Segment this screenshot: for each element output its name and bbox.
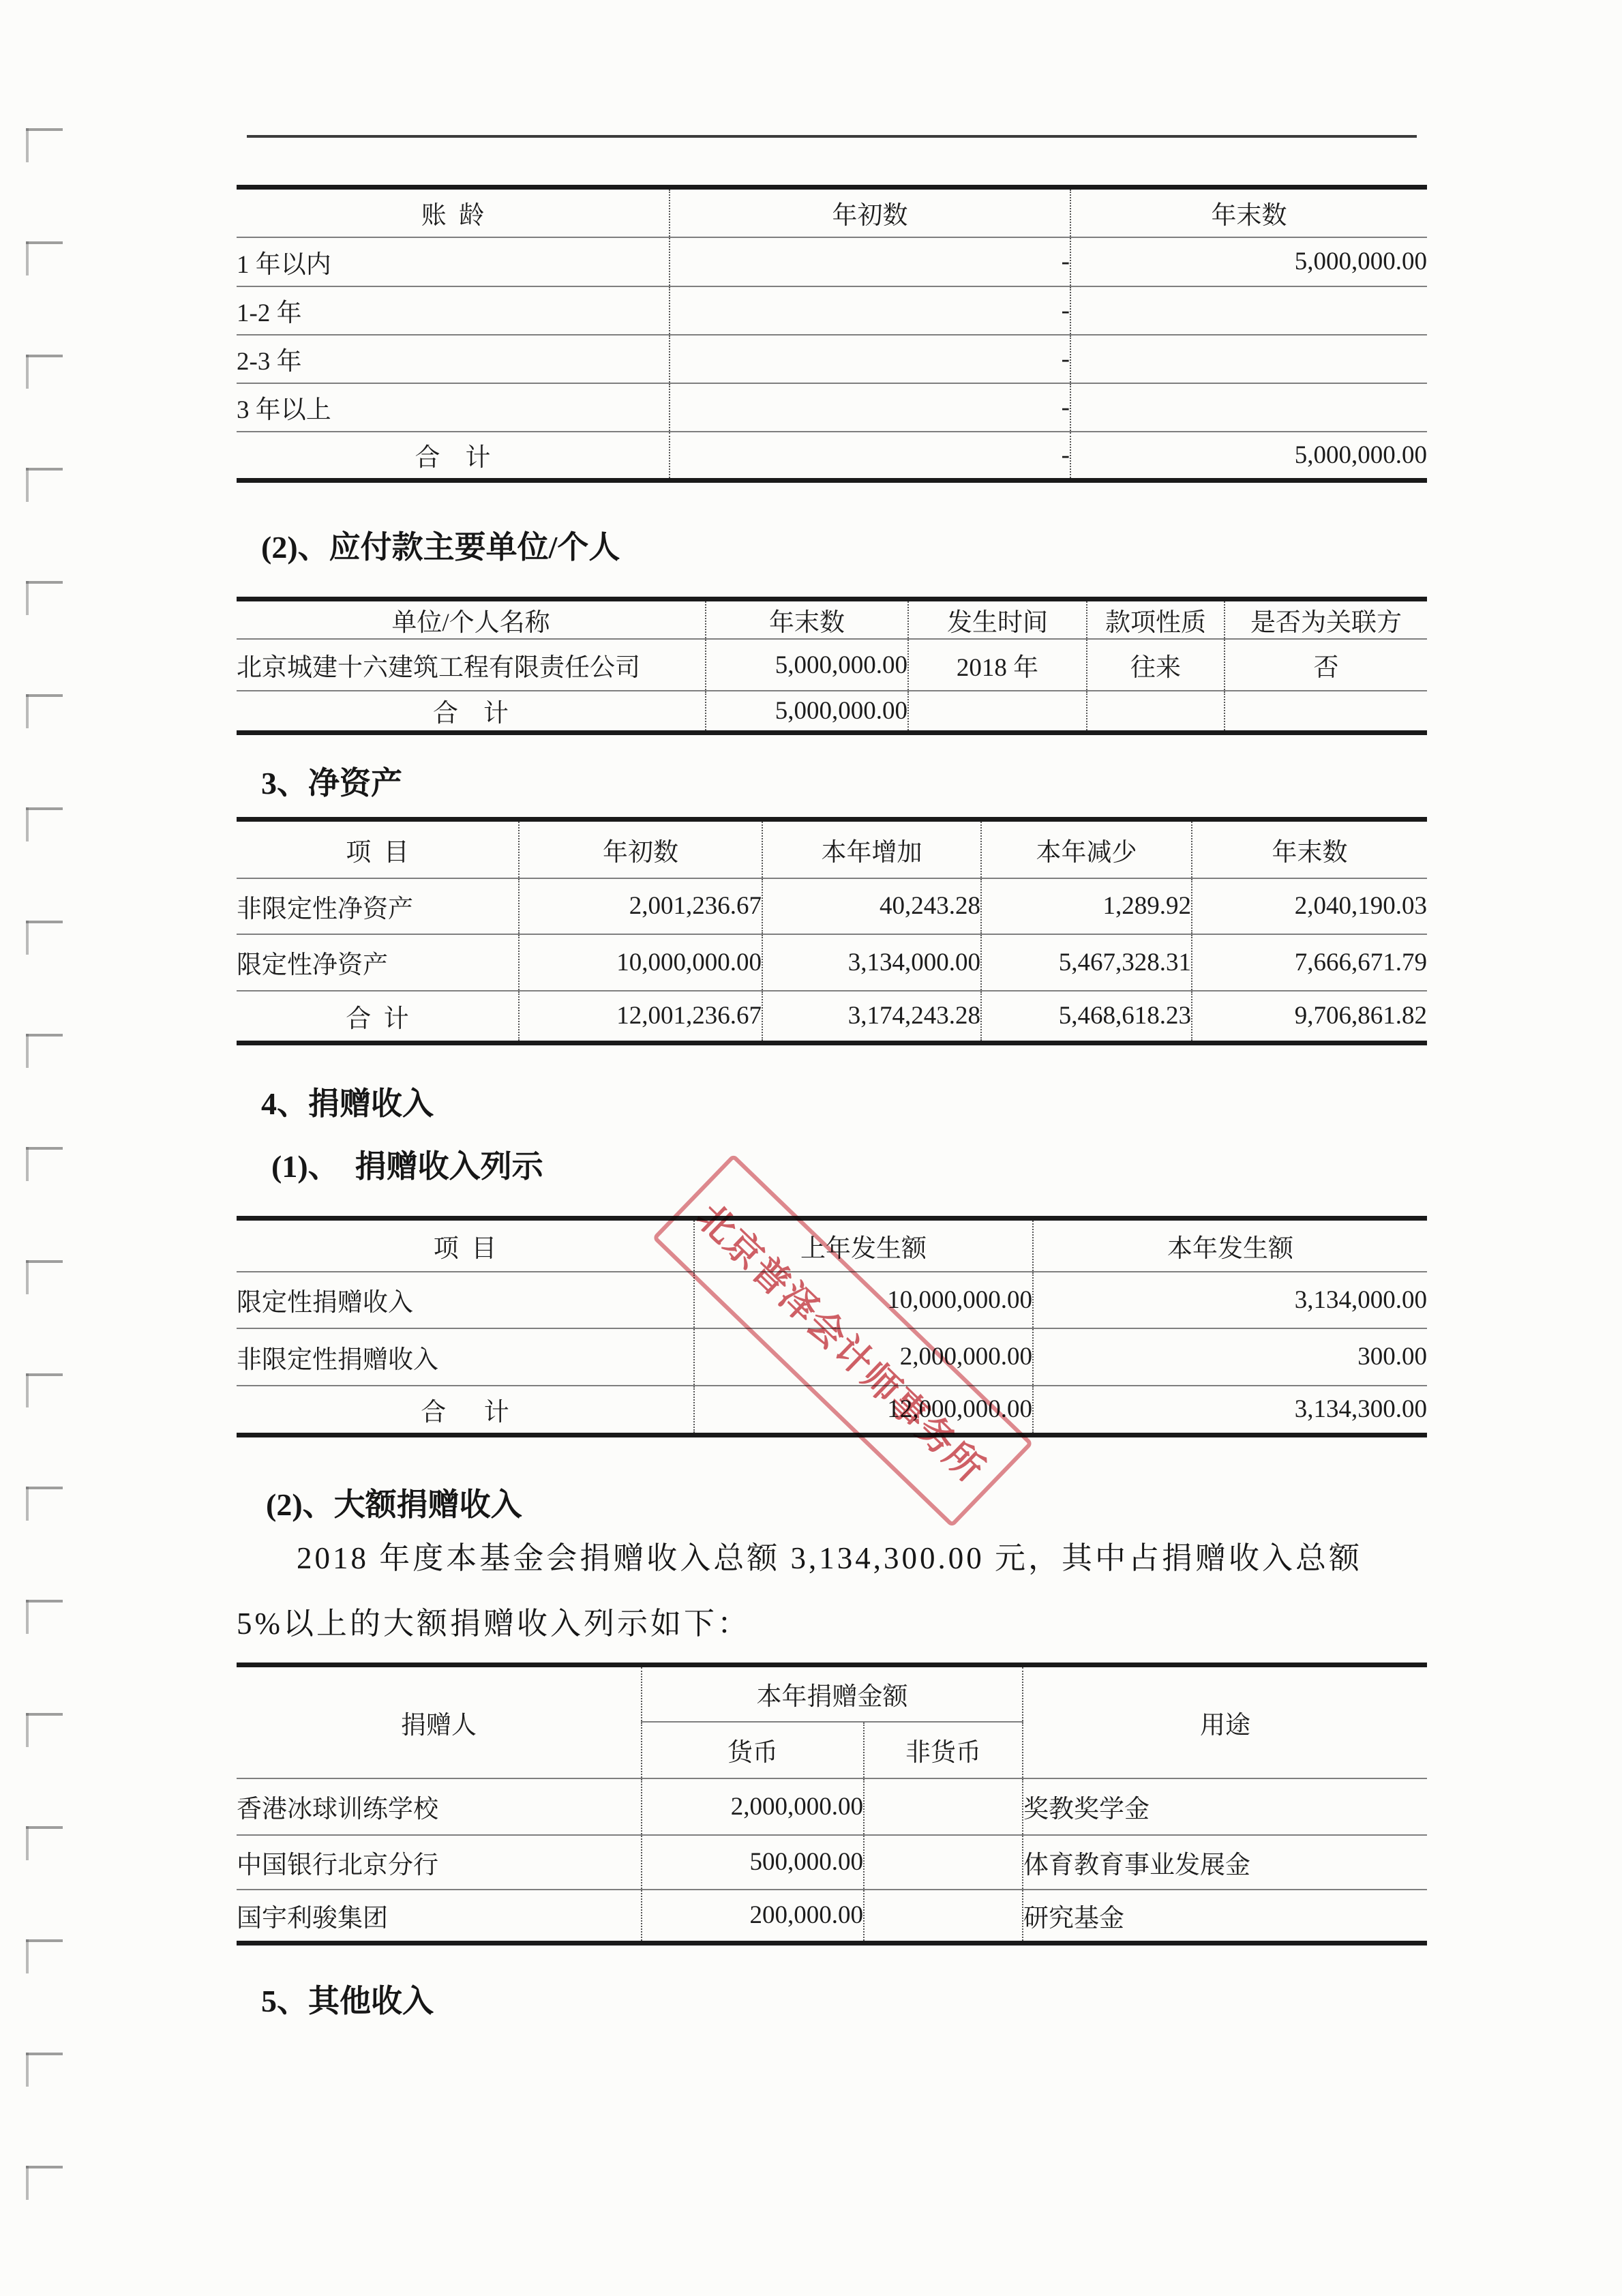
section-title-major-donation: (2)、大额捐赠收入 bbox=[266, 1480, 522, 1525]
table-cell: 10,000,000.00 bbox=[694, 1272, 1033, 1328]
major-donation-table: 捐赠人 本年捐赠金额 用途 货币 非货币 香港冰球训练学校 2,000,000.… bbox=[237, 1663, 1427, 1945]
column-header: 单位/个人名称 bbox=[237, 599, 706, 640]
binding-marks bbox=[26, 128, 63, 2276]
table-cell: 5,467,328.31 bbox=[981, 934, 1192, 991]
table-row: 非限定性净资产 2,001,236.67 40,243.28 1,289.92 … bbox=[237, 878, 1427, 934]
table-cell: - bbox=[670, 335, 1070, 383]
total-row-label: 合 计 bbox=[237, 1386, 694, 1435]
table-cell: 限定性净资产 bbox=[237, 934, 519, 991]
table-cell bbox=[1070, 383, 1427, 432]
table-cell: 40,243.28 bbox=[762, 878, 981, 934]
binding-marks-stubs bbox=[26, 128, 29, 2276]
donation-list-table: 项 目 上年发生额 本年发生额 限定性捐赠收入 10,000,000.00 3,… bbox=[237, 1216, 1427, 1437]
table-cell: 300.00 bbox=[1033, 1328, 1427, 1386]
table-row: 捐赠人 本年捐赠金额 用途 bbox=[237, 1665, 1427, 1722]
column-header: 年初数 bbox=[519, 820, 762, 878]
table-cell: 3,174,243.28 bbox=[762, 991, 981, 1043]
table-row: 项 目 上年发生额 本年发生额 bbox=[237, 1219, 1427, 1272]
table-cell: 200,000.00 bbox=[642, 1890, 864, 1943]
table-cell: 2-3 年 bbox=[237, 335, 670, 383]
column-header: 发生时间 bbox=[908, 599, 1087, 640]
paragraph-line-2: 5%以上的大额捐赠收入列示如下： bbox=[237, 1598, 1437, 1643]
table-cell: 限定性捐赠收入 bbox=[237, 1272, 694, 1328]
column-header: 项 目 bbox=[237, 820, 519, 878]
table-row: 账 龄 年初数 年末数 bbox=[237, 188, 1427, 237]
table-cell: 否 bbox=[1225, 639, 1427, 691]
table-cell: 2018 年 bbox=[908, 639, 1087, 691]
table-cell bbox=[864, 1835, 1023, 1890]
table-cell bbox=[908, 691, 1087, 732]
table-cell bbox=[1070, 335, 1427, 383]
total-row-label: 合 计 bbox=[237, 691, 706, 732]
table-cell: 研究基金 bbox=[1023, 1890, 1427, 1943]
table-cell: 1 年以内 bbox=[237, 237, 670, 286]
table-cell: 9,706,861.82 bbox=[1192, 991, 1427, 1043]
table-cell: 2,040,190.03 bbox=[1192, 878, 1427, 934]
table-cell: 12,000,000.00 bbox=[694, 1386, 1033, 1435]
table-row: 国宇利骏集团 200,000.00 研究基金 bbox=[237, 1890, 1427, 1943]
table-cell: 中国银行北京分行 bbox=[237, 1835, 642, 1890]
table-cell: 7,666,671.79 bbox=[1192, 934, 1427, 991]
table-cell: 3 年以上 bbox=[237, 383, 670, 432]
table-cell: 2,000,000.00 bbox=[694, 1328, 1033, 1386]
table-cell: 体育教育事业发展金 bbox=[1023, 1835, 1427, 1890]
table-cell: 5,000,000.00 bbox=[706, 639, 908, 691]
column-header: 货币 bbox=[642, 1722, 864, 1778]
table-cell: 国宇利骏集团 bbox=[237, 1890, 642, 1943]
table-row: 合 计 5,000,000.00 bbox=[237, 691, 1427, 732]
table-cell: 香港冰球训练学校 bbox=[237, 1778, 642, 1835]
column-header: 本年减少 bbox=[981, 820, 1192, 878]
column-header: 年末数 bbox=[1070, 188, 1427, 237]
table-cell: 1-2 年 bbox=[237, 286, 670, 335]
column-header: 年初数 bbox=[670, 188, 1070, 237]
table-row: 3 年以上 - bbox=[237, 383, 1427, 432]
table-cell: 5,000,000.00 bbox=[1070, 237, 1427, 286]
table-cell bbox=[864, 1890, 1023, 1943]
table-cell: 2,001,236.67 bbox=[519, 878, 762, 934]
column-header: 账 龄 bbox=[237, 188, 670, 237]
section-title-donation: 4、捐赠收入 bbox=[261, 1079, 434, 1124]
table-cell bbox=[1225, 691, 1427, 732]
table-row: 合 计 - 5,000,000.00 bbox=[237, 432, 1427, 481]
table-row: 香港冰球训练学校 2,000,000.00 奖教奖学金 bbox=[237, 1778, 1427, 1835]
column-header: 项 目 bbox=[237, 1219, 694, 1272]
section-title-donation-list: (1)、 捐赠收入列示 bbox=[271, 1142, 543, 1187]
column-header: 年末数 bbox=[1192, 820, 1427, 878]
table-cell: 3,134,000.00 bbox=[762, 934, 981, 991]
table-cell: 1,289.92 bbox=[981, 878, 1192, 934]
table-row: 北京城建十六建筑工程有限责任公司 5,000,000.00 2018 年 往来 … bbox=[237, 639, 1427, 691]
payables-table: 单位/个人名称 年末数 发生时间 款项性质 是否为关联方 北京城建十六建筑工程有… bbox=[237, 597, 1427, 735]
page-top-rule bbox=[247, 135, 1417, 138]
table-row: 合 计 12,000,000.00 3,134,300.00 bbox=[237, 1386, 1427, 1435]
table-row: 中国银行北京分行 500,000.00 体育教育事业发展金 bbox=[237, 1835, 1427, 1890]
table-cell: 3,134,300.00 bbox=[1033, 1386, 1427, 1435]
table-cell bbox=[1087, 691, 1225, 732]
column-header: 捐赠人 bbox=[237, 1665, 642, 1778]
net-assets-table: 项 目 年初数 本年增加 本年减少 年末数 非限定性净资产 2,001,236.… bbox=[237, 817, 1427, 1045]
table-cell: 5,468,618.23 bbox=[981, 991, 1192, 1043]
column-header: 是否为关联方 bbox=[1225, 599, 1427, 640]
table-row: 限定性捐赠收入 10,000,000.00 3,134,000.00 bbox=[237, 1272, 1427, 1328]
column-header: 款项性质 bbox=[1087, 599, 1225, 640]
section-title-other-income: 5、其他收入 bbox=[261, 1976, 434, 2021]
table-cell: 非限定性净资产 bbox=[237, 878, 519, 934]
table-row: 2-3 年 - bbox=[237, 335, 1427, 383]
table-cell: - bbox=[670, 286, 1070, 335]
table-row: 合 计 12,001,236.67 3,174,243.28 5,468,618… bbox=[237, 991, 1427, 1043]
section-title-payables: (2)、应付款主要单位/个人 bbox=[261, 522, 620, 567]
column-header: 本年增加 bbox=[762, 820, 981, 878]
table-cell: - bbox=[670, 237, 1070, 286]
table-cell: - bbox=[670, 432, 1070, 481]
table-cell bbox=[1070, 286, 1427, 335]
total-row-label: 合 计 bbox=[237, 432, 670, 481]
table-cell: 3,134,000.00 bbox=[1033, 1272, 1427, 1328]
table-row: 非限定性捐赠收入 2,000,000.00 300.00 bbox=[237, 1328, 1427, 1386]
table-cell: 奖教奖学金 bbox=[1023, 1778, 1427, 1835]
table-cell: 500,000.00 bbox=[642, 1835, 864, 1890]
column-header: 非货币 bbox=[864, 1722, 1023, 1778]
column-header: 年末数 bbox=[706, 599, 908, 640]
column-header: 用途 bbox=[1023, 1665, 1427, 1778]
table-row: 项 目 年初数 本年增加 本年减少 年末数 bbox=[237, 820, 1427, 878]
section-title-net-assets: 3、净资产 bbox=[261, 758, 402, 803]
column-header: 本年发生额 bbox=[1033, 1219, 1427, 1272]
table-cell: 5,000,000.00 bbox=[706, 691, 908, 732]
column-header: 本年捐赠金额 bbox=[642, 1665, 1023, 1722]
table-row: 1 年以内 - 5,000,000.00 bbox=[237, 237, 1427, 286]
table-cell bbox=[864, 1778, 1023, 1835]
table-row: 单位/个人名称 年末数 发生时间 款项性质 是否为关联方 bbox=[237, 599, 1427, 640]
paragraph-line-1: 2018 年度本基金会捐赠收入总额 3,134,300.00 元，其中占捐赠收入… bbox=[237, 1533, 1497, 1577]
table-cell: - bbox=[670, 383, 1070, 432]
table-cell: 北京城建十六建筑工程有限责任公司 bbox=[237, 639, 706, 691]
total-row-label: 合 计 bbox=[237, 991, 519, 1043]
scanned-report-page: 账 龄 年初数 年末数 1 年以内 - 5,000,000.00 1-2 年 -… bbox=[0, 0, 1622, 2296]
table-cell: 12,001,236.67 bbox=[519, 991, 762, 1043]
table-cell: 10,000,000.00 bbox=[519, 934, 762, 991]
column-header: 上年发生额 bbox=[694, 1219, 1033, 1272]
table-cell: 2,000,000.00 bbox=[642, 1778, 864, 1835]
table-cell: 非限定性捐赠收入 bbox=[237, 1328, 694, 1386]
table-cell: 往来 bbox=[1087, 639, 1225, 691]
aging-table: 账 龄 年初数 年末数 1 年以内 - 5,000,000.00 1-2 年 -… bbox=[237, 185, 1427, 483]
table-row: 限定性净资产 10,000,000.00 3,134,000.00 5,467,… bbox=[237, 934, 1427, 991]
table-row: 1-2 年 - bbox=[237, 286, 1427, 335]
table-cell: 5,000,000.00 bbox=[1070, 432, 1427, 481]
